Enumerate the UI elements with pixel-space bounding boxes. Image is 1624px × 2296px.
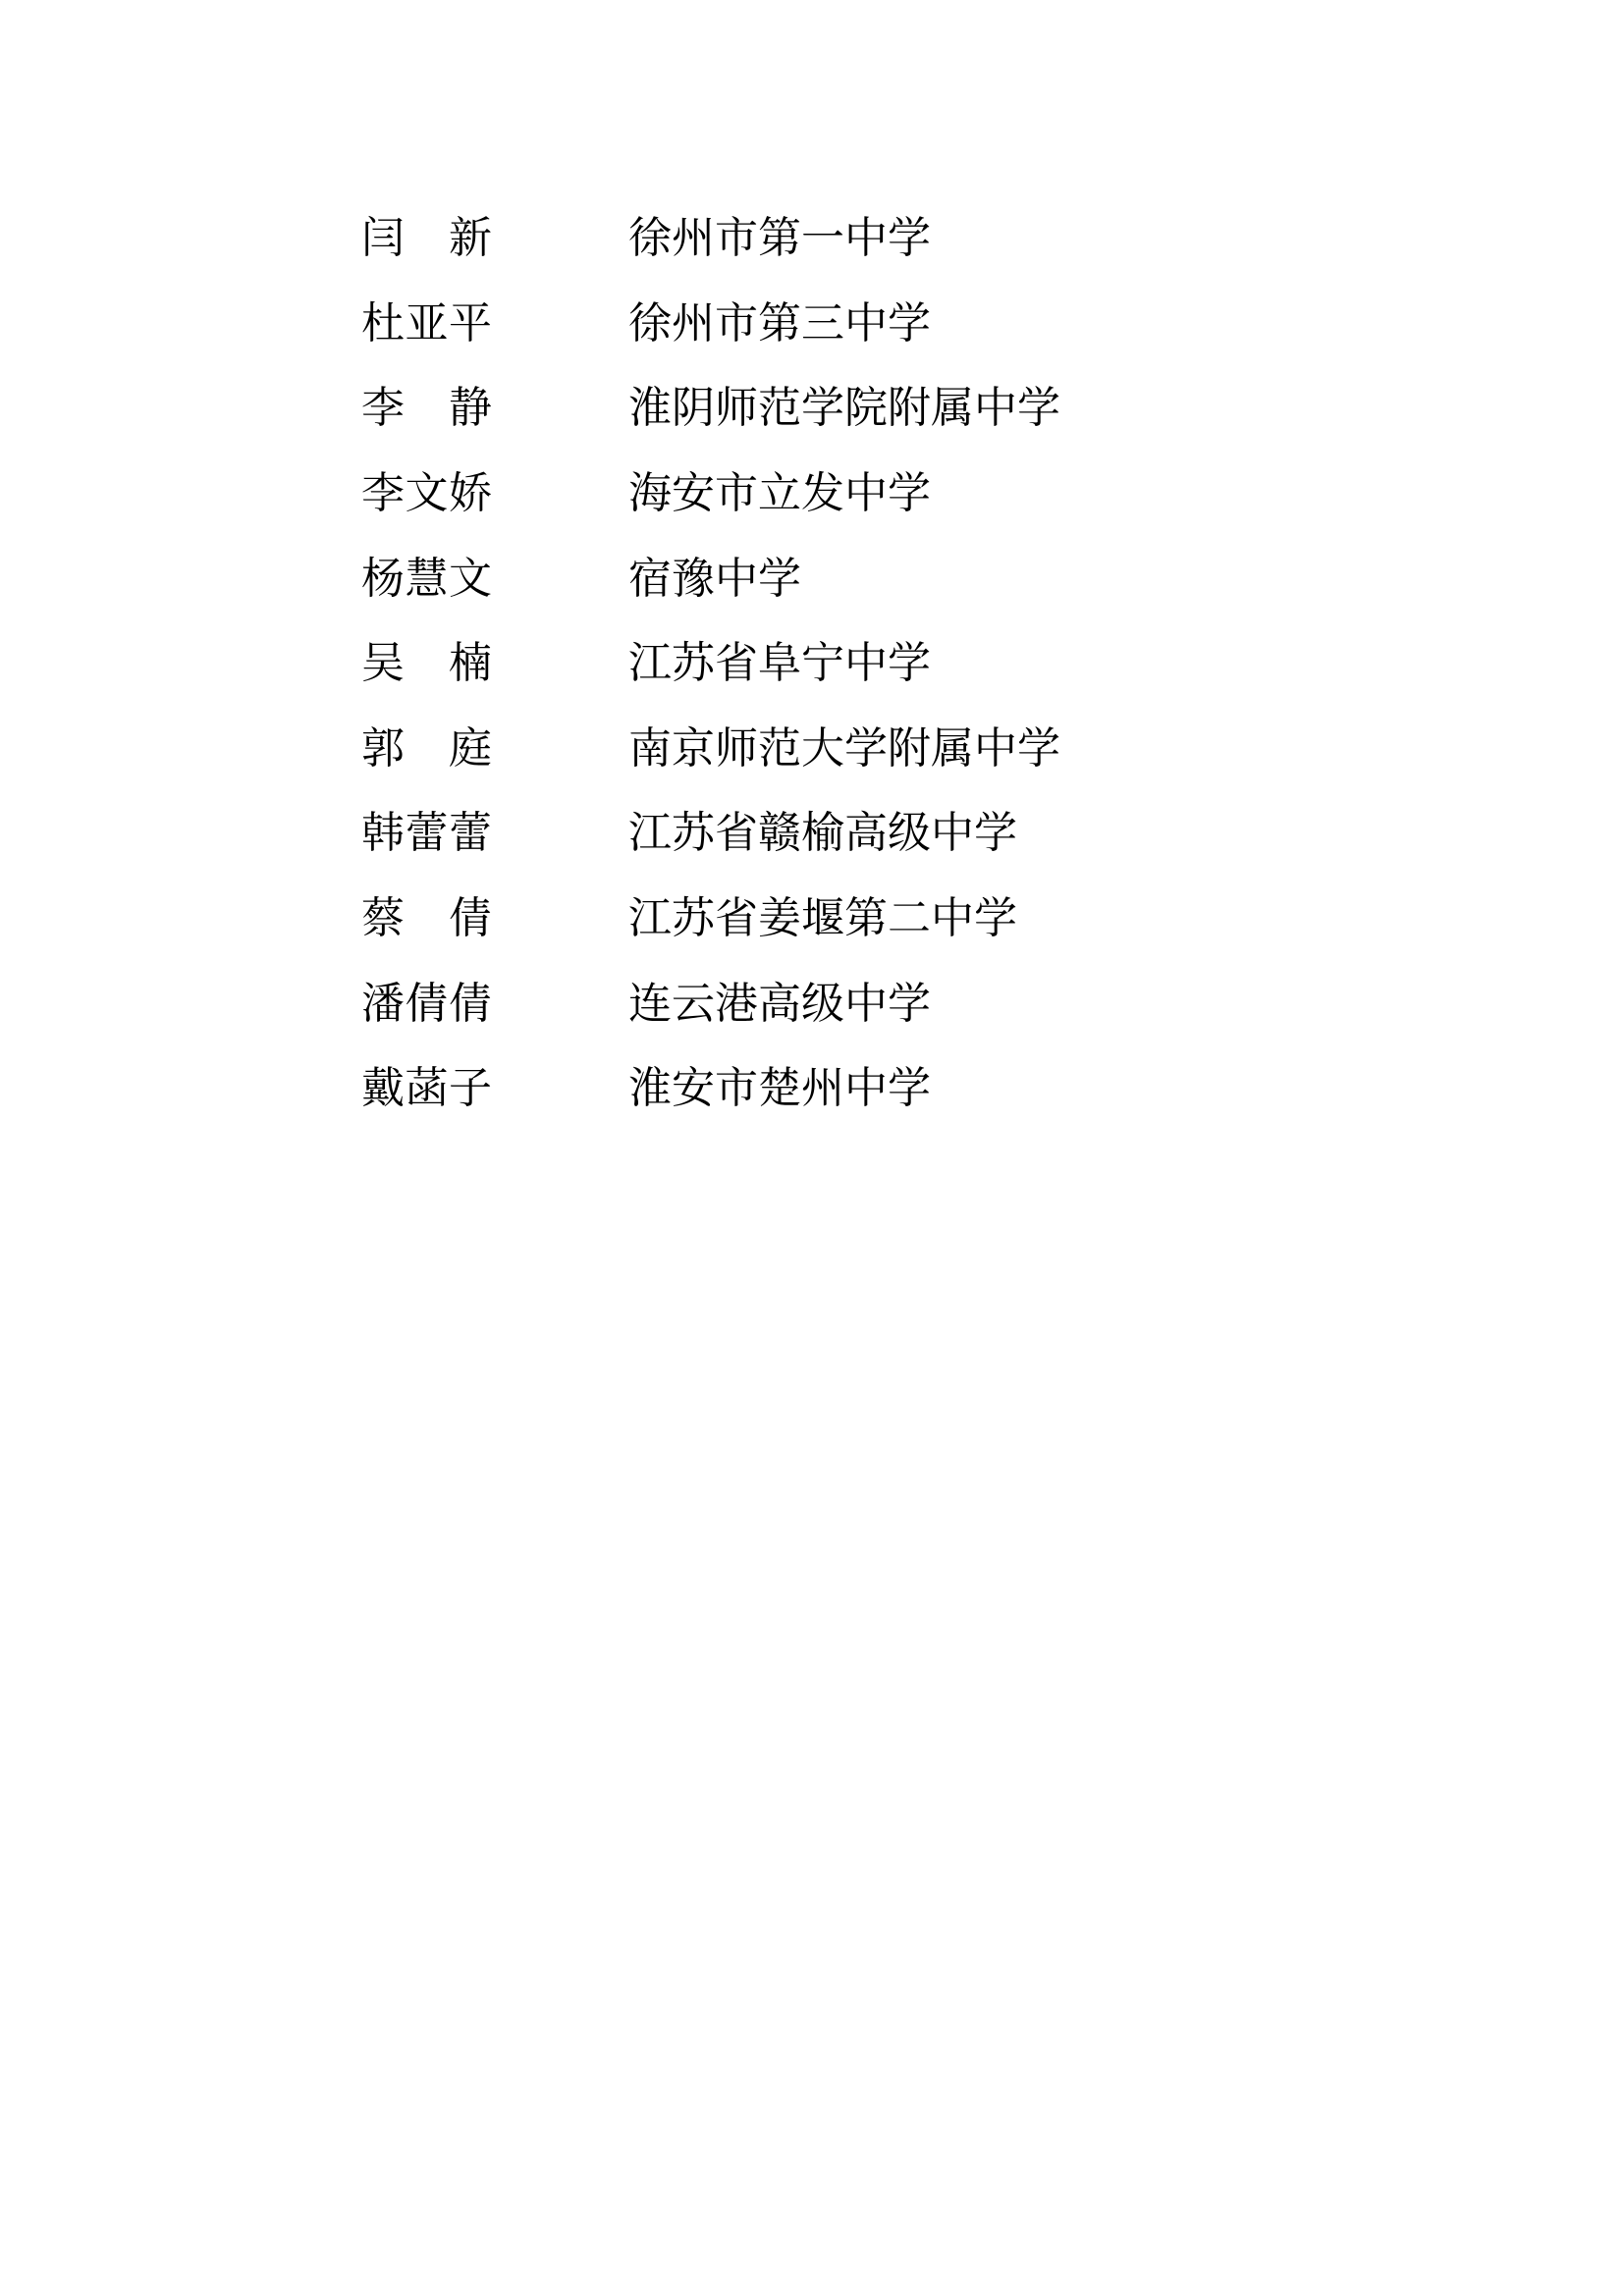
person-name: 闫新 [361, 217, 492, 260]
roster-row: 闫新 徐州市第一中学 [0, 196, 1624, 282]
person-name: 李静 [361, 387, 492, 430]
roster-row: 韩蕾蕾 江苏省赣榆高级中学 [0, 791, 1624, 877]
roster-row: 蔡倩 江苏省姜堰第二中学 [0, 877, 1624, 962]
roster-row: 李文娇 海安市立发中学 [0, 452, 1624, 537]
school-name: 宿豫中学 [628, 558, 801, 601]
person-name: 潘倩倩 [361, 983, 492, 1026]
person-name: 杜亚平 [361, 302, 492, 346]
roster-row: 杨慧文 宿豫中学 [0, 536, 1624, 621]
person-name: 蔡倩 [361, 897, 492, 940]
roster-row: 戴菡子 淮安市楚州中学 [0, 1046, 1624, 1132]
person-name: 杨慧文 [361, 558, 492, 601]
school-name: 淮安市楚州中学 [628, 1067, 931, 1110]
school-name: 南京师范大学附属中学 [628, 727, 1060, 771]
roster-row: 郭庭 南京师范大学附属中学 [0, 707, 1624, 792]
school-name: 江苏省赣榆高级中学 [628, 812, 1017, 855]
roster-row: 吴楠 江苏省阜宁中学 [0, 621, 1624, 707]
school-name: 淮阴师范学院附属中学 [628, 387, 1060, 430]
school-name: 徐州市第一中学 [628, 217, 931, 260]
school-name: 徐州市第三中学 [628, 302, 931, 346]
person-name: 戴菡子 [361, 1067, 492, 1110]
school-name: 连云港高级中学 [628, 983, 931, 1026]
person-name: 吴楠 [361, 642, 492, 685]
person-name: 韩蕾蕾 [361, 812, 492, 855]
roster-row: 潘倩倩 连云港高级中学 [0, 961, 1624, 1046]
roster-row: 李静 淮阴师范学院附属中学 [0, 366, 1624, 452]
school-name: 海安市立发中学 [628, 472, 931, 515]
roster-row: 杜亚平 徐州市第三中学 [0, 282, 1624, 367]
person-name: 李文娇 [361, 472, 492, 515]
person-name: 郭庭 [361, 727, 492, 771]
school-name: 江苏省姜堰第二中学 [628, 897, 1017, 940]
document-page: 闫新 徐州市第一中学 杜亚平 徐州市第三中学 李静 淮阴师范学院附属中学 李文娇… [0, 0, 1624, 2296]
school-name: 江苏省阜宁中学 [628, 642, 931, 685]
roster-list: 闫新 徐州市第一中学 杜亚平 徐州市第三中学 李静 淮阴师范学院附属中学 李文娇… [0, 196, 1624, 1132]
